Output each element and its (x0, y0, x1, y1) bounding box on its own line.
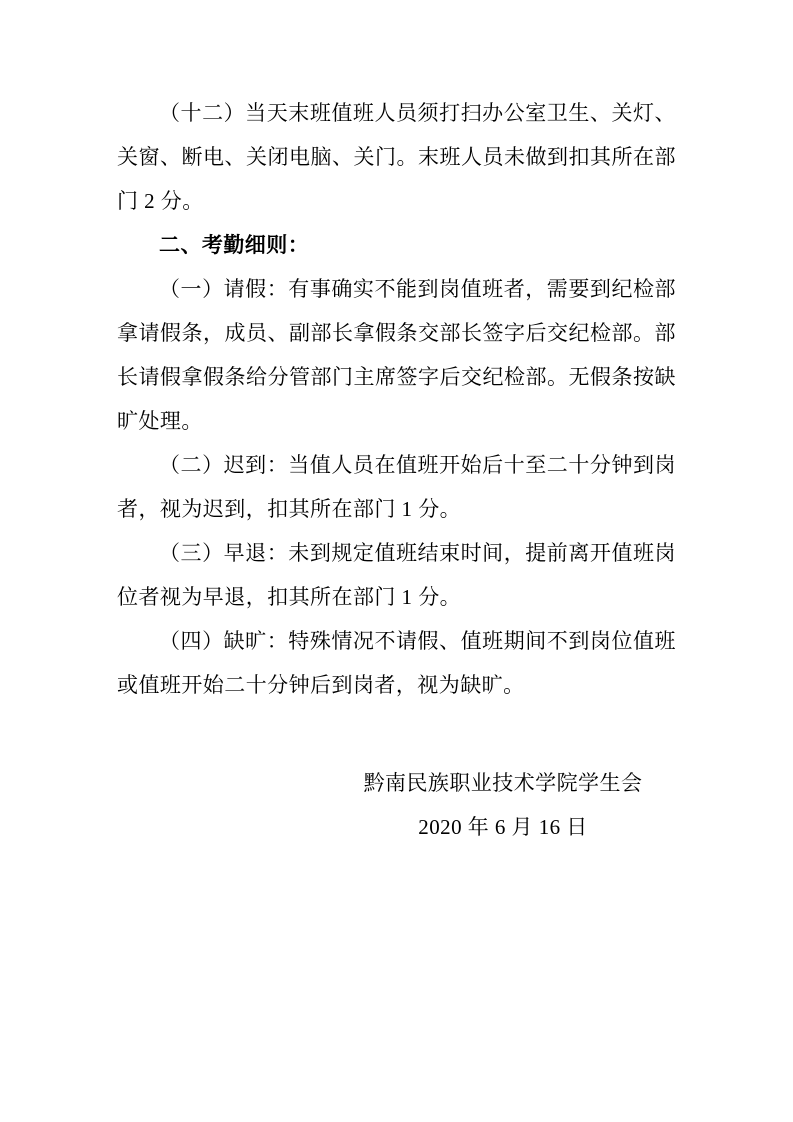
signature-date: 2020 年 6 月 16 日 (362, 805, 644, 849)
paragraph-early-leave: （三）早退：未到规定值班结束时间，提前离开值班岗位者视为早退，扣其所在部门 1 … (117, 531, 676, 619)
paragraph-leave-request: （一）请假：有事确实不能到岗值班者，需要到纪检部拿请假条，成员、副部长拿假条交部… (117, 267, 676, 443)
section-heading-attendance-rules: 二、考勤细则： (117, 223, 676, 267)
paragraph-rule-12: （十二）当天末班值班人员须打扫办公室卫生、关灯、关窗、断电、关闭电脑、关门。末班… (117, 91, 676, 223)
paragraph-lateness: （二）迟到：当值人员在值班开始后十至二十分钟到岗者，视为迟到，扣其所在部门 1 … (117, 443, 676, 531)
signature-block: 黔南民族职业技术学院学生会 2020 年 6 月 16 日 (362, 761, 644, 849)
document-page: （十二）当天末班值班人员须打扫办公室卫生、关灯、关窗、断电、关闭电脑、关门。末班… (0, 0, 793, 1122)
signature-organization: 黔南民族职业技术学院学生会 (362, 761, 644, 805)
paragraph-absence: （四）缺旷：特殊情况不请假、值班期间不到岗位值班或值班开始二十分钟后到岗者，视为… (117, 619, 676, 707)
